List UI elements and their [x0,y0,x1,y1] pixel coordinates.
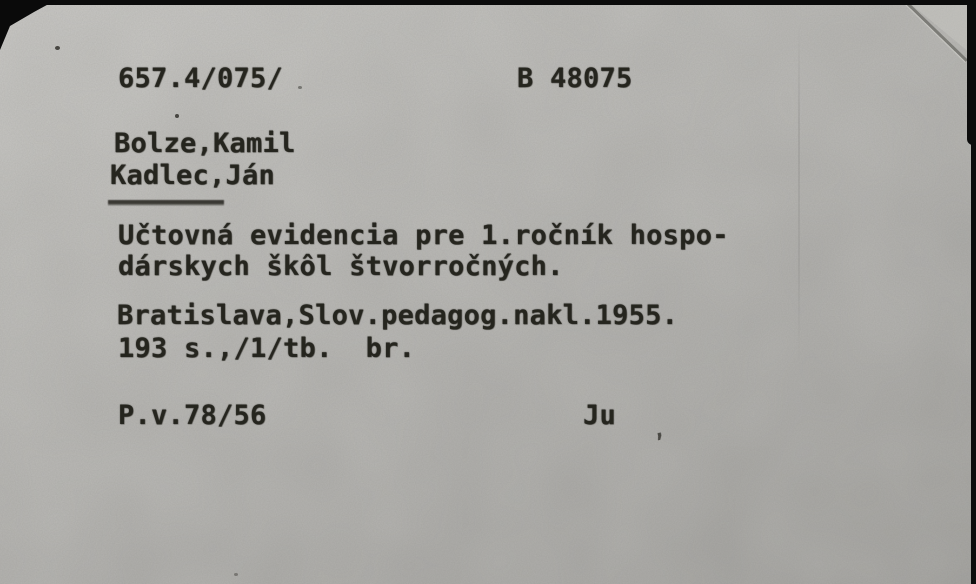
typewritten-text: 657.4/075/ B 48075 Bolze,Kamil Kadlec,Já… [0,0,976,584]
author-line-2: Kadlec,Ján [110,162,275,189]
call-number: 657.4/075/ [118,65,283,92]
paper-crease-vertical [798,22,800,367]
scan-edge-right-top [967,0,976,145]
ink-speck [175,114,179,118]
title-line-2: dárskych škôl štvorročných. [118,253,564,280]
cataloguer-initials: Ju [583,402,616,429]
scanned-catalog-card: 657.4/075/ B 48075 Bolze,Kamil Kadlec,Já… [0,0,976,584]
imprint-line: Bratislava,Slov.pedagog.nakl.1955. [117,302,678,329]
scan-edge-top [0,0,976,5]
ink-speck [234,573,238,576]
accession-note: P.v.78/56 [118,402,267,429]
shelf-mark: B 48075 [517,65,633,92]
ink-speck [298,86,302,89]
ink-speck [55,46,60,50]
collation-line: 193 s.,/1/tb. br. [118,335,415,362]
title-line-1: Učtovná evidencia pre 1.ročník hospo- [118,222,729,249]
author-underline [108,200,224,204]
pen-tick-mark: , [650,417,668,444]
author-line-1: Bolze,Kamil [114,130,296,157]
